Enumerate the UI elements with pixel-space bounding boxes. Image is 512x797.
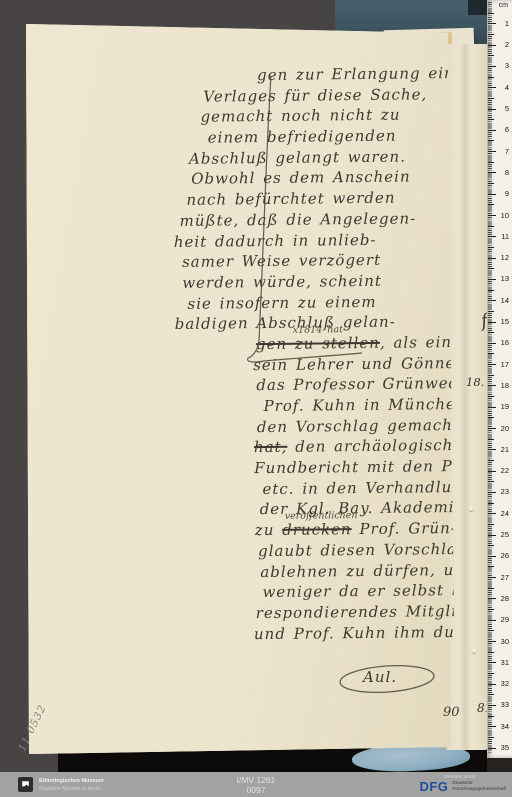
manuscript-text: sie insofern zu einem (187, 292, 376, 312)
manuscript-line: das Professor Grünwedel, (173, 373, 451, 397)
manuscript-line: sie insofern zu einem (172, 291, 450, 315)
ruler-cm-tick (488, 258, 496, 259)
dfg-logo: DFG (419, 780, 448, 793)
manuscript-line: und Prof. Kuhn ihm durch- (176, 622, 454, 646)
ruler-number: 24 (496, 509, 509, 518)
ruler-half-cm-tick (488, 716, 494, 717)
stitch-hole (472, 648, 476, 653)
manuscript-line: respondierendes Mitglied ist (176, 601, 454, 625)
ruler-cm-tick (488, 215, 496, 216)
ruler-half-cm-tick (488, 481, 494, 482)
ruler-half-cm-tick (488, 204, 494, 205)
ruler-cm-tick (488, 343, 496, 344)
footer-bar: Ethnologisches Museum Staatliche Museen … (0, 772, 512, 797)
ruler-number: 6 (496, 125, 509, 134)
ruler-cm-tick (488, 322, 496, 323)
ruler-cm-tick (488, 364, 496, 365)
ruler-number: 12 (496, 253, 509, 262)
manuscript-line: werden würde, scheint (172, 270, 450, 294)
ruler-number: 4 (496, 83, 509, 92)
ruler-unit-label: cm (499, 2, 508, 9)
ruler-number: 35 (496, 743, 509, 752)
ruler-half-cm-tick (488, 652, 494, 653)
manuscript-line: den Vorschlag gemacht (174, 415, 452, 439)
ruler-cm-tick (488, 513, 496, 514)
ruler-half-cm-tick (488, 737, 494, 738)
ruler-number: 25 (496, 530, 509, 539)
ruler-cm-tick (488, 705, 496, 706)
ruler-cm-tick (488, 109, 496, 110)
manuscript-line: nach befürchtet werden (171, 187, 449, 211)
ruler-half-cm-tick (488, 226, 494, 227)
ruler-cm-tick (488, 662, 496, 663)
manuscript-text: etc. in den Verhandlungen (262, 477, 454, 497)
ruler-half-cm-tick (488, 55, 494, 56)
ruler-cm-tick (488, 172, 496, 173)
ruler-half-cm-tick (488, 290, 494, 291)
ruler-cm-tick (488, 449, 496, 450)
ruler-number: 2 (496, 40, 509, 49)
manuscript-line: heit dadurch in unlieb- (172, 229, 450, 253)
ruler-number: 16 (496, 338, 509, 347)
ruler-cm-tick (488, 556, 496, 557)
ruler-cm-tick (488, 407, 496, 408)
ruler-half-cm-tick (488, 375, 494, 376)
ruler-number: 30 (496, 637, 509, 646)
ruler-half-cm-tick (488, 13, 494, 14)
ruler-half-cm-tick (488, 439, 494, 440)
manuscript-text: das Professor Grünwedel, (256, 374, 454, 394)
manuscript-text: werden würde, scheint (182, 272, 382, 292)
edge-margin-number: 18. (466, 375, 484, 389)
page-number: 90 (443, 705, 460, 720)
interlinear-insertion: x1814 hat (293, 325, 343, 335)
manuscript-line: samer Weise verzögert (172, 249, 450, 273)
ruler-cm-tick (488, 87, 496, 88)
funding-org-name: Deutsche Forschungsgemeinschaft (452, 781, 506, 792)
ruler-half-cm-tick (488, 630, 494, 631)
manuscript-text: nach befürchtet werden (186, 189, 395, 209)
ruler-number: 5 (496, 104, 509, 113)
ruler-half-cm-tick (488, 566, 494, 567)
manuscript-text: Prof. Grün- (352, 519, 455, 538)
manuscript-line: x1814 hatgen zu stellen, als ein be- (173, 332, 451, 356)
manuscript-text: müßte, daß die Angelegen- (180, 209, 417, 229)
ruler-cm-tick (488, 130, 496, 131)
ruler-half-cm-tick (488, 353, 494, 354)
manuscript-line: müßte, daß die Angelegen- (172, 208, 450, 232)
ruler-half-cm-tick (488, 98, 494, 99)
ruler-half-cm-tick (488, 247, 494, 248)
ruler-number: 23 (496, 487, 509, 496)
ruler-half-cm-tick (488, 268, 494, 269)
ruler-cm-tick (488, 620, 496, 621)
ruler-cm-tick (488, 23, 496, 24)
ruler-cm-tick (488, 236, 496, 237)
ruler-cm-tick (488, 66, 496, 67)
interlinear-insertion: veröffentlichen (285, 511, 358, 521)
manuscript-line: sein Lehrer und Gönner (173, 353, 451, 377)
ruler-cm-tick (488, 492, 496, 493)
ruler-number: 19 (496, 402, 509, 411)
ruler-half-cm-tick (488, 588, 494, 589)
manuscript-line: gen zur Erlangung eines (170, 63, 448, 87)
manuscript-text: weniger da er selbst kor- (262, 581, 454, 601)
ruler-number: 8 (496, 168, 509, 177)
manuscript-line: Abschluß gelangt waren. (171, 146, 449, 170)
ruler-number: 31 (496, 658, 509, 667)
manuscript-text: baldigen Abschluß gelan- (175, 313, 396, 333)
ruler-cm-tick (488, 748, 496, 749)
ruler-cm-tick (488, 577, 496, 578)
ruler-cm-tick (488, 641, 496, 642)
ruler-number: 13 (496, 274, 509, 283)
strikethrough-text: hat, (254, 438, 288, 456)
funding-block: Gefördert durch DFG Deutsche Forschungsg… (419, 774, 506, 793)
ruler-number: 1 (496, 19, 509, 28)
ruler-half-cm-tick (488, 545, 494, 546)
ruler-number: 20 (496, 424, 509, 433)
ruler-half-cm-tick (488, 183, 494, 184)
ruler-half-cm-tick (488, 396, 494, 397)
ruler-half-cm-tick (488, 311, 494, 312)
ruler-cm-tick (488, 726, 496, 727)
ruler-cm-tick (488, 300, 496, 301)
ruler-half-cm-tick (488, 694, 494, 695)
ruler-half-cm-tick (488, 524, 494, 525)
stitch-hole (469, 506, 473, 511)
manuscript-line: Prof. Kuhn in München, (173, 394, 451, 418)
manuscript-text: respondierendes Mitglied ist (256, 601, 455, 622)
manuscript-text: Fundbericht mit den Plänen (254, 457, 454, 478)
manuscript-text: den archäologischen (287, 436, 454, 456)
ruler-cm-tick (488, 45, 496, 46)
manuscript-line: veröffentlichenzu drucken Prof. Grün- (175, 518, 453, 542)
manuscript-text: zu (255, 521, 283, 539)
ruler-cm-tick (488, 428, 496, 429)
ruler-cm-tick (488, 279, 496, 280)
manuscript-text: gen zur Erlangung eines (257, 64, 454, 84)
manuscript-text: sein Lehrer und Gönner (253, 354, 454, 374)
ruler-cm-tick (488, 151, 496, 152)
manuscript-text: einem befriedigenden (208, 127, 397, 147)
manuscript-text: Verlages für diese Sache, (203, 85, 427, 105)
manuscript-line: gemacht noch nicht zu (170, 104, 448, 128)
manuscript-line: Verlages für diese Sache, (170, 84, 448, 108)
signature: Aul. (363, 668, 397, 686)
manuscript-text: , als ein be- (380, 333, 454, 352)
ruler-number: 10 (496, 211, 509, 220)
ruler-cm-tick (488, 535, 496, 536)
ruler-number: 15 (496, 317, 509, 326)
scan-viewport: gen zur Erlangung einesVerlages für dies… (0, 0, 512, 797)
manuscript-text: glaubt diesen Vorschlag nicht (258, 539, 454, 560)
ruler-half-cm-tick (488, 460, 494, 461)
manuscript-text: den Vorschlag gemacht (257, 416, 454, 436)
ruler-half-cm-tick (488, 77, 494, 78)
ruler-half-cm-tick (488, 673, 494, 674)
manuscript-text: heit dadurch in unlieb- (174, 230, 377, 250)
ruler-number: 29 (496, 615, 509, 624)
ruler-number: 27 (496, 573, 509, 582)
ruler-number: 9 (496, 189, 509, 198)
ruler-number: 7 (496, 147, 509, 156)
ruler-number: 21 (496, 445, 509, 454)
ruler-number: 17 (496, 360, 509, 369)
manuscript-line: weniger da er selbst kor- (175, 580, 453, 604)
ruler-half-cm-tick (488, 140, 494, 141)
ruler-number: 11 (496, 232, 509, 241)
ruler-number: 14 (496, 296, 509, 305)
ruler-number: 34 (496, 722, 509, 731)
ruler-half-cm-tick (488, 162, 494, 163)
manuscript-line: glaubt diesen Vorschlag nicht (175, 539, 453, 563)
manuscript-text: samer Weise verzögert (182, 251, 381, 271)
manuscript-text: gemacht noch nicht zu (200, 106, 400, 126)
ruler-number: 3 (496, 61, 509, 70)
manuscript-text: Prof. Kuhn in München, (263, 395, 454, 415)
ruler-number: 32 (496, 679, 509, 688)
ruler-cm-tick (488, 471, 496, 472)
manuscript-text: und Prof. Kuhn ihm durch- (254, 622, 454, 642)
ruler-half-cm-tick (488, 417, 494, 418)
strikethrough-text: drucken (282, 520, 352, 539)
manuscript-line: Fundbericht mit den Plänen (174, 456, 452, 480)
manuscript-text: ablehnen zu dürfen, um so (260, 560, 454, 580)
ruler-number: 33 (496, 700, 509, 709)
manuscript-text: Obwohl es dem Anschein (191, 168, 411, 188)
ruler-cm-tick (488, 598, 496, 599)
ruler-half-cm-tick (488, 34, 494, 35)
ruler-half-cm-tick (488, 503, 494, 504)
funding-label: Gefördert durch (443, 774, 506, 779)
manuscript-line: hat, den archäologischen (174, 435, 452, 459)
ruler-number: 28 (496, 594, 509, 603)
ruler-cm-tick (488, 684, 496, 685)
ruler-number: 22 (496, 466, 509, 475)
ruler-half-cm-tick (488, 119, 494, 120)
manuscript-line: Obwohl es dem Anschein (171, 167, 449, 191)
ruler: cm 1234567891011121314151617181920212223… (487, 0, 512, 758)
manuscript-line: ablehnen zu dürfen, um so (175, 560, 453, 584)
manuscript-text: Abschluß gelangt waren. (189, 147, 406, 167)
strikethrough-text: gen zu stellen (256, 334, 380, 353)
ruler-half-cm-tick (488, 332, 494, 333)
manuscript-line: etc. in den Verhandlungen (174, 477, 452, 501)
ruler-cm-tick (488, 385, 496, 386)
ruler-cm-tick (488, 194, 496, 195)
ruler-half-cm-tick (488, 609, 494, 610)
ruler-number: 18 (496, 381, 509, 390)
manuscript-line: einem befriedigenden (171, 125, 449, 149)
handwriting-block: gen zur Erlangung einesVerlages für dies… (170, 63, 454, 656)
ruler-number: 26 (496, 551, 509, 560)
ruler-bottom-shadow (487, 757, 512, 773)
